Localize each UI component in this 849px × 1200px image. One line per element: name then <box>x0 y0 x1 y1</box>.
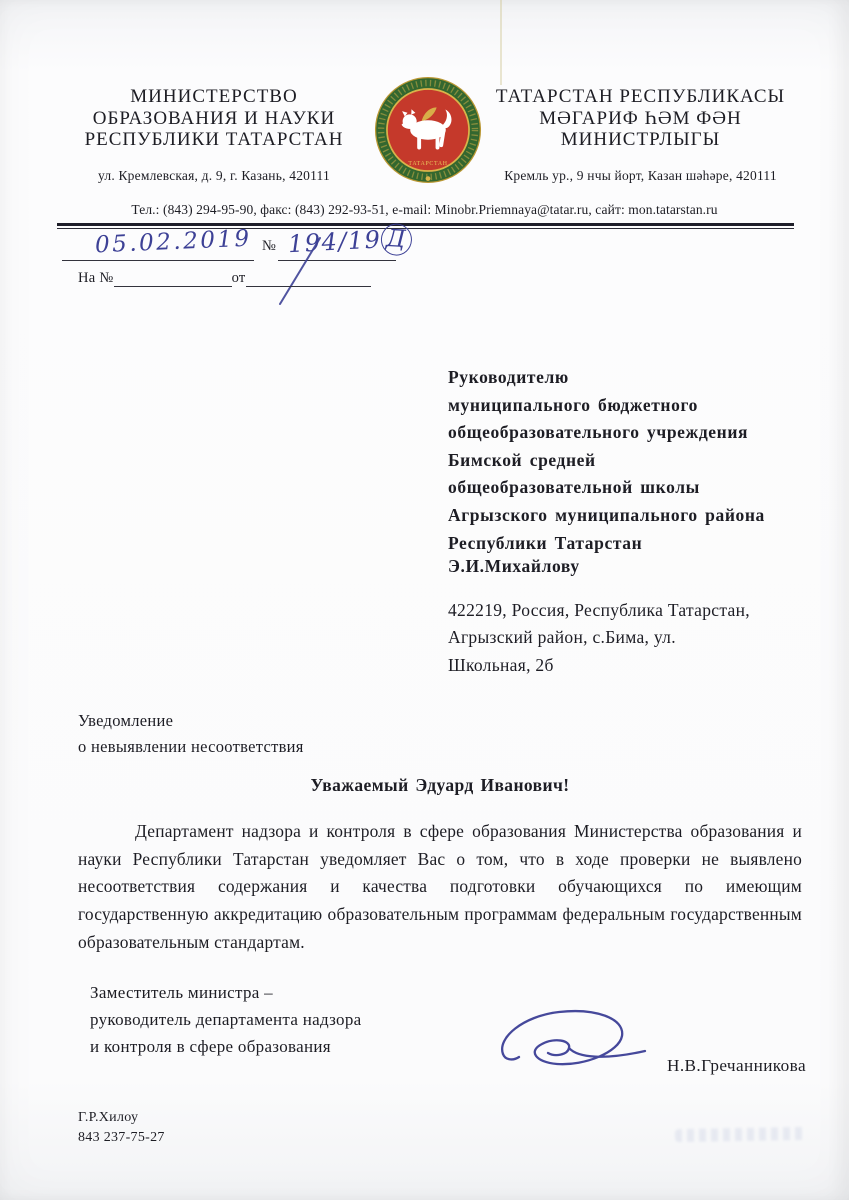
salutation: Уважаемый Эдуард Иванович! <box>78 775 802 796</box>
signer-title-line: руководитель департамента надзора <box>90 1006 450 1033</box>
org-line: МИНИСТЕРСТВО <box>58 86 370 108</box>
reply-number-blank <box>114 272 232 287</box>
tatarstan-emblem-icon: ТАТАРСТАН <box>374 76 482 184</box>
signer-title: Заместитель министра – руководитель депа… <box>90 979 450 1061</box>
recipient-name: Э.И.Михайлову <box>448 553 580 581</box>
recipient-line: Агрызского муниципального района <box>448 502 813 530</box>
scanned-letter-page: ТАТАРСТАН МИНИСТЕРСТВО ОБРАЗОВАНИЯ И НАУ… <box>0 0 849 1200</box>
subject-line: о невыявлении несоответствия <box>78 734 304 760</box>
executor-phone: 843 237-75-27 <box>78 1128 165 1148</box>
recipient-line: общеобразовательного учреждения <box>448 419 813 447</box>
ministry-name-tt: ТАТАРСТАН РЕСПУБЛИКАСЫ МӘГАРИФ ҺӘМ ФӘН М… <box>478 86 803 151</box>
signer-title-line: и контроля в сфере образования <box>90 1033 450 1060</box>
show-through-artifact <box>675 1127 805 1142</box>
recipient-line: Руководителю <box>448 364 813 392</box>
contact-line: Тел.: (843) 294-95-90, факс: (843) 292-9… <box>0 202 849 218</box>
subject-line: Уведомление <box>78 708 304 734</box>
org-line: ТАТАРСТАН РЕСПУБЛИКАСЫ <box>478 86 803 108</box>
recipient-line: общеобразовательной школы <box>448 474 813 502</box>
recipient-line: муниципального бюджетного <box>448 392 813 420</box>
recipient-line: Бимской средней <box>448 447 813 475</box>
ministry-address-ru: ул. Кремлевская, д. 9, г. Казань, 420111 <box>58 168 370 184</box>
recipient-block: Руководителю муниципального бюджетного о… <box>448 364 813 557</box>
ministry-address-tt: Кремль ур., 9 нчы йорт, Казан шәһәре, 42… <box>478 168 803 184</box>
ministry-name-ru: МИНИСТЕРСТВО ОБРАЗОВАНИЯ И НАУКИ РЕСПУБЛ… <box>58 86 370 151</box>
executor-block: Г.Р.Хилоу 843 237-75-27 <box>78 1108 165 1148</box>
recipient-address: 422219, Россия, Республика Татарстан, Аг… <box>448 597 813 679</box>
reply-from: от <box>232 270 246 286</box>
reply-reference-row: На №от <box>78 270 371 287</box>
signer-title-line: Заместитель министра – <box>90 979 450 1006</box>
address-line: Агрызский район, с.Бима, ул. <box>448 624 813 651</box>
org-line: ОБРАЗОВАНИЯ И НАУКИ <box>58 108 370 130</box>
letterhead-rule <box>57 223 794 229</box>
emblem-caption: ТАТАРСТАН <box>408 161 447 167</box>
date-underline <box>62 246 254 261</box>
executor-name: Г.Р.Хилоу <box>78 1108 165 1128</box>
org-line: МИНИСТРЛЫГЫ <box>478 129 803 151</box>
scan-crease <box>500 0 502 85</box>
signer-name: Н.В.Гречанникова <box>596 1056 806 1076</box>
letter-body: Департамент надзора и контроля в сфере о… <box>78 818 802 957</box>
reply-date-blank <box>246 272 371 287</box>
subject-block: Уведомление о невыявлении несоответствия <box>78 708 304 760</box>
address-line: Школьная, 2б <box>448 652 813 679</box>
org-line: РЕСПУБЛИКИ ТАТАРСТАН <box>58 129 370 151</box>
address-line: 422219, Россия, Республика Татарстан, <box>448 597 813 624</box>
reply-prefix: На № <box>78 270 114 286</box>
org-line: МӘГАРИФ ҺӘМ ФӘН <box>478 108 803 130</box>
